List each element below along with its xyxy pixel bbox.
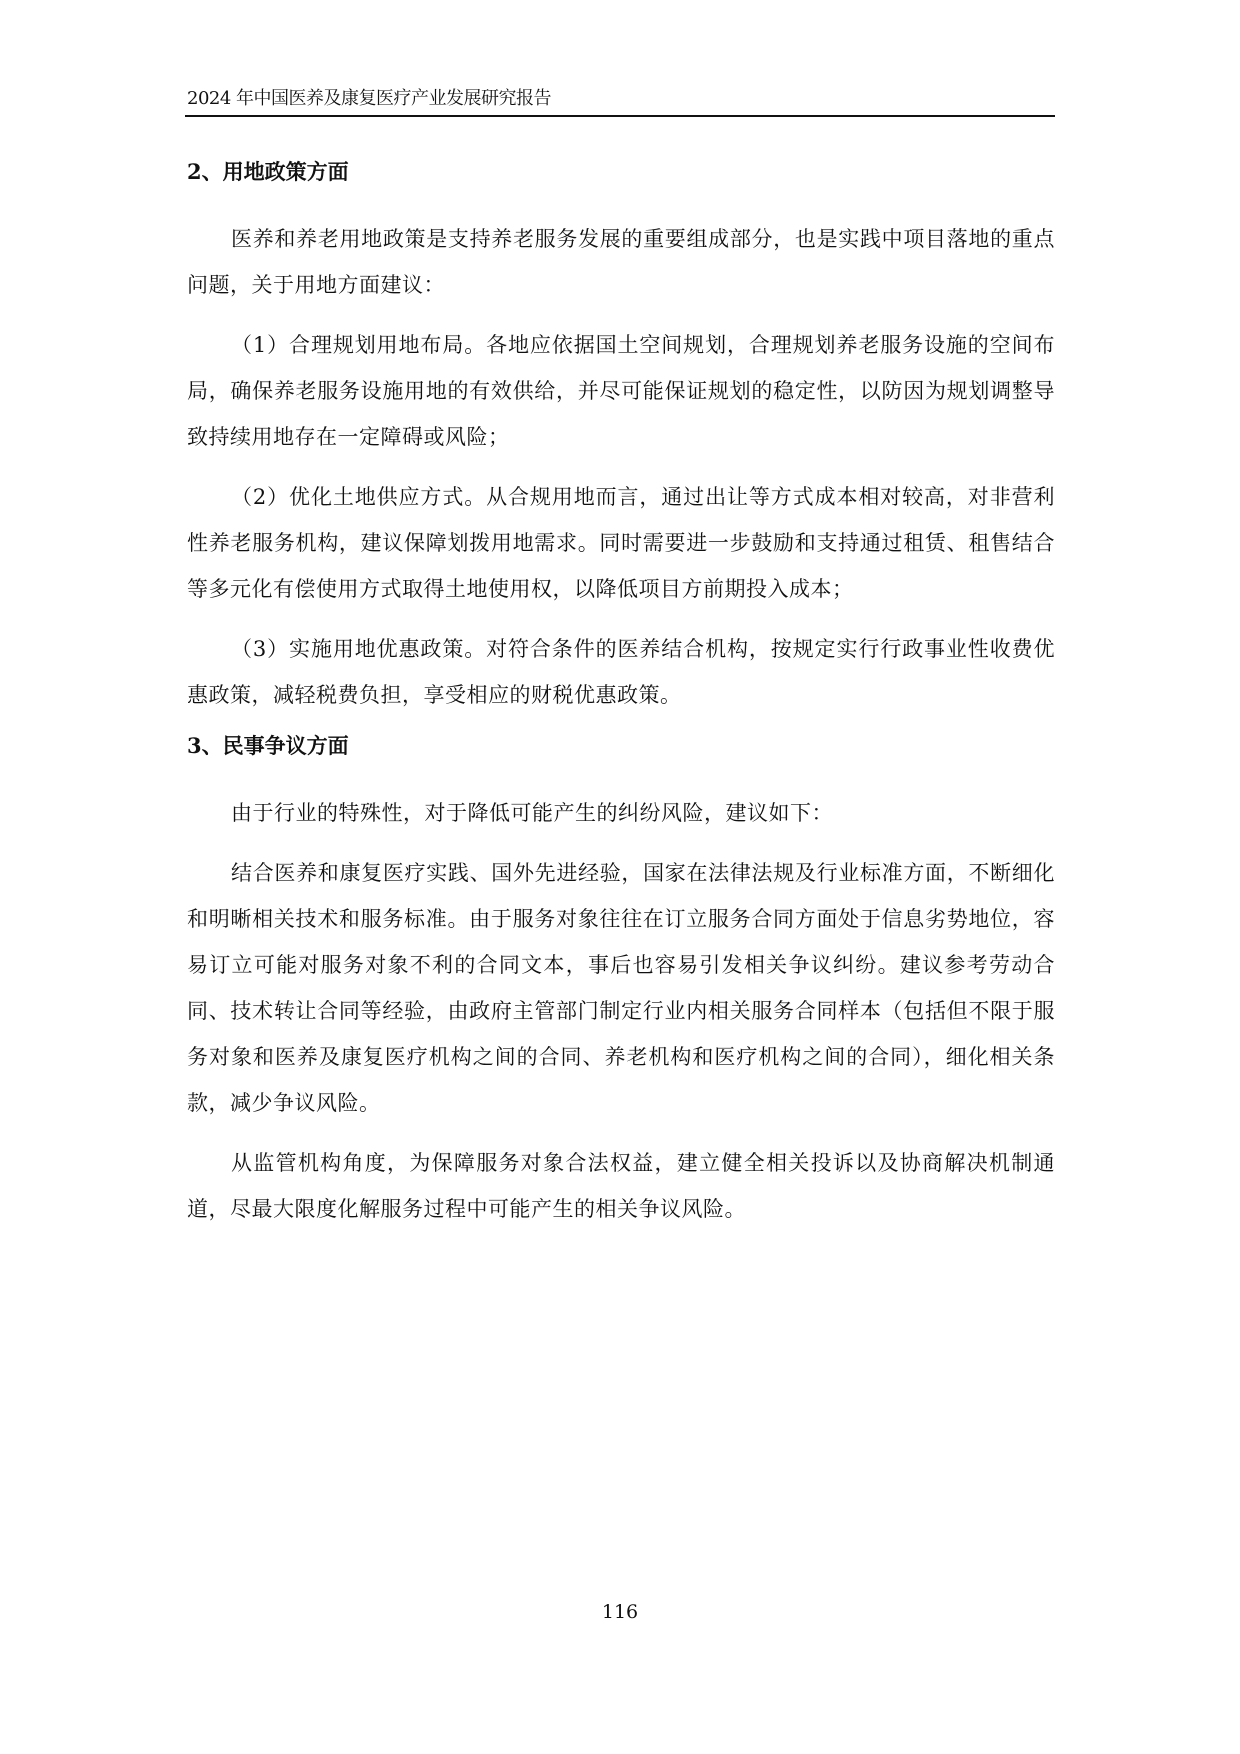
section-heading: 2、用地政策方面 [187,158,1055,216]
section-land-policy: 2、用地政策方面 医养和养老用地政策是支持养老服务发展的重要组成部分，也是实践中… [187,158,1055,718]
paragraph: 从监管机构角度，为保障服务对象合法权益，建立健全相关投诉以及协商解决机制通道，尽… [187,1140,1055,1232]
paragraph: 结合医养和康复医疗实践、国外先进经验，国家在法律法规及行业标准方面，不断细化和明… [187,850,1055,1126]
paragraph: （1）合理规划用地布局。各地应依据国土空间规划，合理规划养老服务设施的空间布局，… [187,322,1055,460]
report-title: 2024 年中国医养及康复医疗产业发展研究报告 [187,88,551,110]
page-header: 2024 年中国医养及康复医疗产业发展研究报告 [185,86,1055,117]
section-heading: 3、民事争议方面 [187,732,1055,790]
section-civil-disputes: 3、民事争议方面 由于行业的特殊性，对于降低可能产生的纠纷风险，建议如下： 结合… [187,732,1055,1232]
document-body: 2、用地政策方面 医养和养老用地政策是支持养老服务发展的重要组成部分，也是实践中… [187,150,1055,1246]
paragraph: 医养和养老用地政策是支持养老服务发展的重要组成部分，也是实践中项目落地的重点问题… [187,216,1055,308]
paragraph: （2）优化土地供应方式。从合规用地而言，通过出让等方式成本相对较高，对非营利性养… [187,474,1055,612]
paragraph: （3）实施用地优惠政策。对符合条件的医养结合机构，按规定实行行政事业性收费优惠政… [187,626,1055,718]
paragraph: 由于行业的特殊性，对于降低可能产生的纠纷风险，建议如下： [187,790,1055,836]
page-number: 116 [0,1600,1240,1624]
